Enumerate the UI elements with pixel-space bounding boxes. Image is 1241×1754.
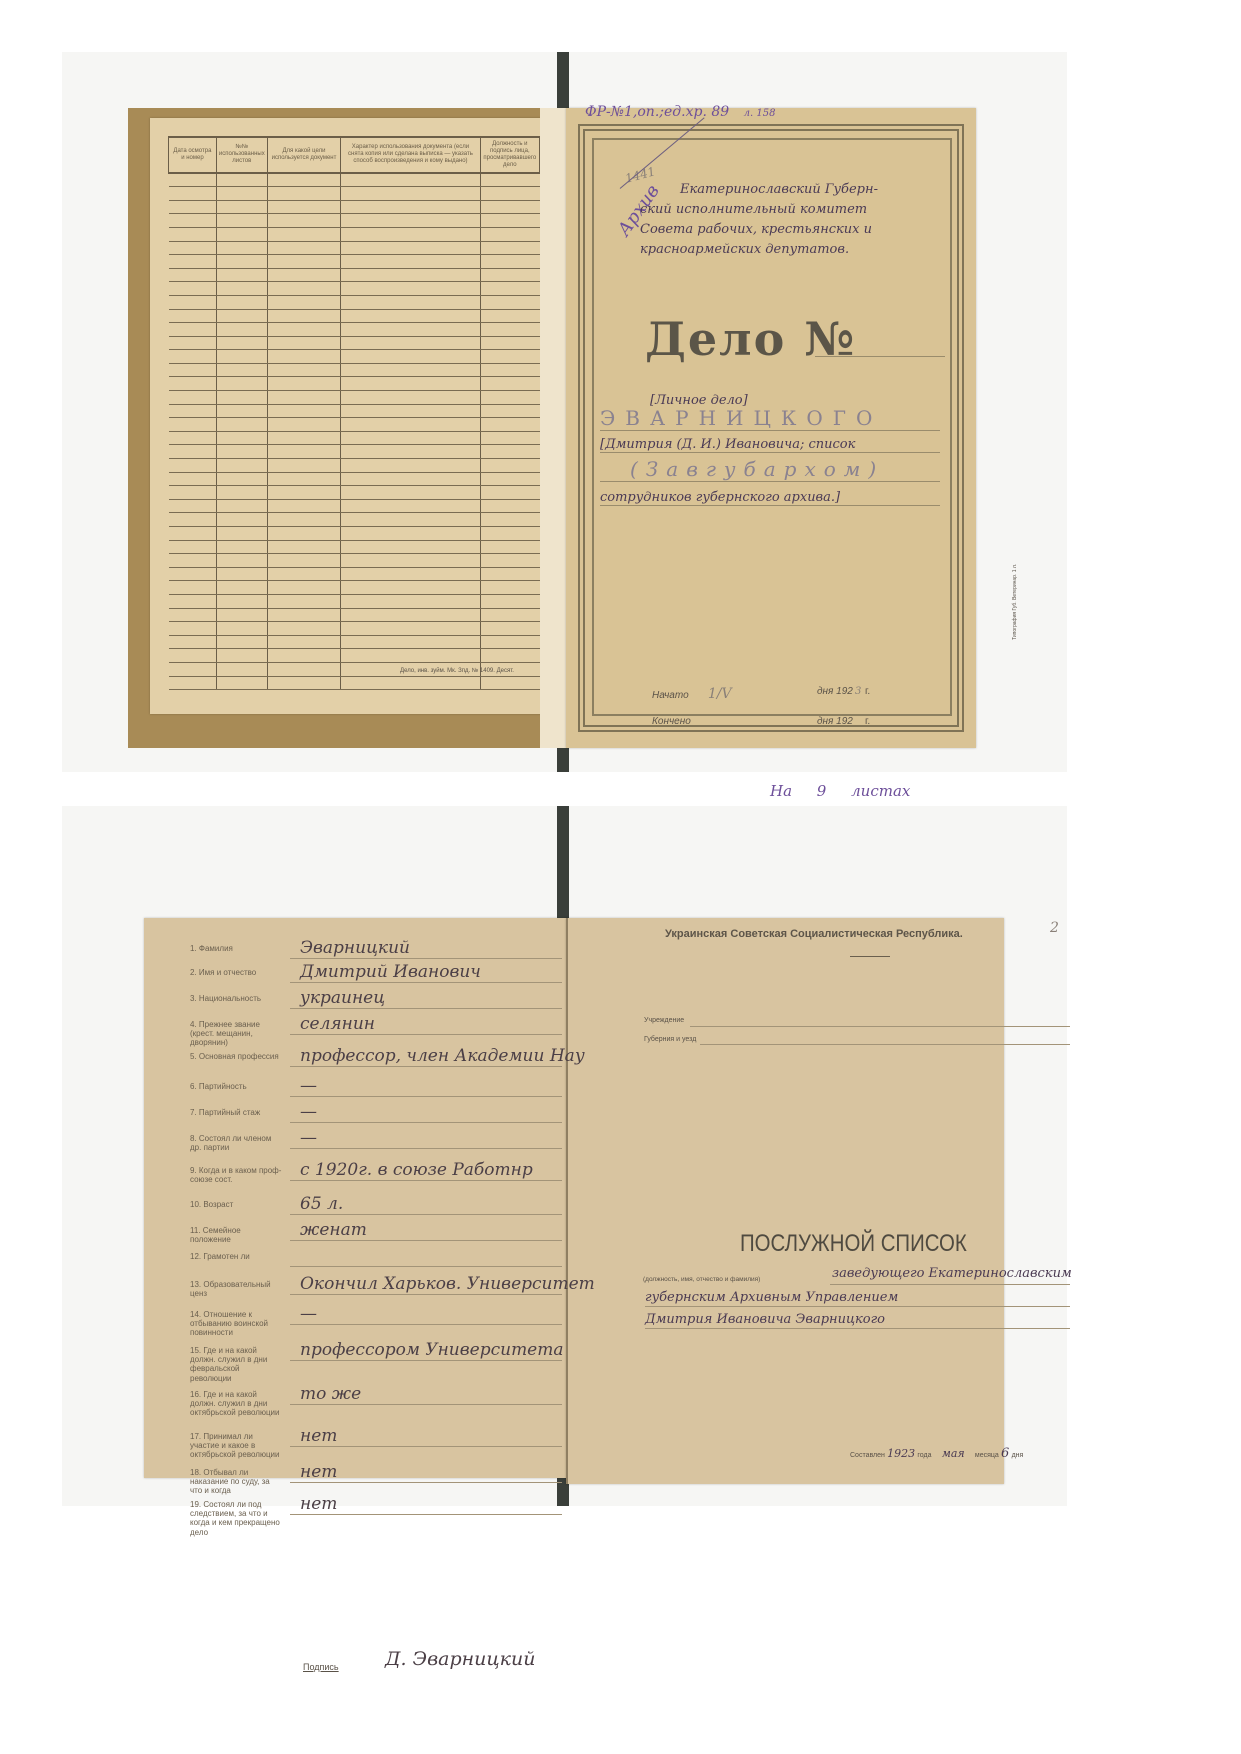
ledger-cell	[480, 567, 539, 581]
started-value: 1/V	[708, 686, 732, 702]
form-field-label: 18. Отбывал ли наказание по суду, за что…	[190, 1468, 282, 1496]
form-field-line	[290, 1240, 562, 1241]
form-field-value: нет	[300, 1494, 337, 1514]
ledger-cell	[341, 377, 480, 391]
ledger-cell	[267, 227, 341, 241]
ledger-cell	[267, 676, 341, 690]
form-field-line	[290, 1266, 562, 1267]
ledger-cell	[480, 282, 539, 296]
ledger-cell	[341, 581, 480, 595]
ledger-row	[169, 350, 540, 364]
ledger-row	[169, 282, 540, 296]
form-right-page	[566, 918, 1004, 1484]
form-field-label: 8. Состоял ли членом др. партии	[190, 1134, 282, 1152]
ledger-cell	[480, 418, 539, 432]
ledger-cell	[341, 594, 480, 608]
ledger-cell	[341, 255, 480, 269]
ledger-cell	[480, 459, 539, 473]
ledger-cell	[341, 295, 480, 309]
service-subtitle-line-2: губернским Архивным Управлением	[645, 1290, 898, 1305]
form-field-label: 6. Партийность	[190, 1082, 282, 1091]
ledger-cell	[169, 676, 217, 690]
ledger-cell	[480, 241, 539, 255]
ledger-cell	[267, 649, 341, 663]
case-underline-2	[600, 452, 940, 453]
ledger-cell	[267, 268, 341, 282]
ledger-cell	[169, 295, 217, 309]
ledger-cell	[216, 350, 267, 364]
ledger-cell	[341, 622, 480, 636]
ledger-row	[169, 594, 540, 608]
ledger-cell	[267, 350, 341, 364]
ledger-cell	[267, 445, 341, 459]
form-field-line	[290, 1324, 562, 1325]
form-field-label: 4. Прежнее звание (крест. мещанин, дворя…	[190, 1020, 282, 1048]
ledger-cell	[267, 282, 341, 296]
ledger-cell	[216, 227, 267, 241]
form-field-line	[290, 1122, 562, 1123]
ledger-cell	[267, 173, 341, 187]
ledger-row	[169, 173, 540, 187]
case-line-surname: ЭВАРНИЦКОГО	[600, 406, 960, 430]
archive-code: ФР-№1,оп.;ед.хр. 89 л. 158	[585, 104, 775, 120]
ledger-cell	[169, 268, 217, 282]
ledger-cell	[267, 662, 341, 676]
ledger-cell	[480, 391, 539, 405]
form-field-label: 15. Где и на какой должн. служил в дни ф…	[190, 1346, 282, 1383]
ledger-row	[169, 527, 540, 541]
form-field-value: профессор, член Академии Нау	[300, 1046, 585, 1066]
finished-suffix: дня 192	[817, 716, 853, 727]
ledger-cell	[480, 350, 539, 364]
started-year-digit: 3	[855, 686, 861, 697]
ledger-cell	[341, 309, 480, 323]
form-field-line	[290, 1180, 562, 1181]
ledger-cell	[267, 554, 341, 568]
form-field-label: 17. Принимал ли участие и какое в октябр…	[190, 1432, 282, 1460]
institution-field-line	[690, 1026, 1070, 1027]
form-field-line	[290, 1148, 562, 1149]
ledger-row	[169, 676, 540, 690]
case-title: Дело №	[645, 312, 856, 366]
ledger-cell	[216, 676, 267, 690]
ledger-row	[169, 499, 540, 513]
ledger-row	[169, 486, 540, 500]
province-field-line	[700, 1044, 1070, 1045]
ledger-body	[169, 173, 540, 690]
ledger-cell	[267, 527, 341, 541]
form-field-label: 3. Национальность	[190, 994, 282, 1003]
ledger-row	[169, 255, 540, 269]
ledger-cell	[267, 404, 341, 418]
ledger-cell	[169, 499, 217, 513]
ledger-cell	[169, 282, 217, 296]
ledger-cell	[267, 323, 341, 337]
ledger-cell	[480, 622, 539, 636]
ledger-cell	[480, 472, 539, 486]
form-field-label: 12. Грамотен ли	[190, 1252, 282, 1261]
ledger-cell	[216, 295, 267, 309]
ledger-cell	[341, 323, 480, 337]
started-label: Начато	[652, 690, 689, 701]
ledger-cell	[267, 635, 341, 649]
ledger-cell	[216, 391, 267, 405]
ledger-cell	[216, 200, 267, 214]
ledger-cell	[169, 486, 217, 500]
ledger-cell	[216, 336, 267, 350]
ledger-cell	[480, 377, 539, 391]
ledger-cell	[267, 486, 341, 500]
ledger-cell	[267, 622, 341, 636]
case-line-name: [Дмитрия (Д. И.) Ивановича; список	[600, 437, 960, 452]
ledger-cell	[341, 472, 480, 486]
ledger-cell	[169, 567, 217, 581]
ledger-cell	[216, 418, 267, 432]
signature-label: Подпись	[303, 1662, 339, 1672]
ledger-cell	[267, 594, 341, 608]
ledger-cell	[341, 363, 480, 377]
ledger-cell	[480, 635, 539, 649]
ledger-cell	[169, 241, 217, 255]
ledger-cell	[341, 527, 480, 541]
ledger-header-date: Дата осмотра и номер	[169, 137, 217, 173]
ledger-cell	[169, 527, 217, 541]
ledger-cell	[169, 214, 217, 228]
ledger-header-purpose: Для какой цели используется документ	[267, 137, 341, 173]
ledger-row	[169, 472, 540, 486]
ledger-cell	[169, 391, 217, 405]
ledger-cell	[480, 295, 539, 309]
ledger-cell	[216, 527, 267, 541]
ledger-cell	[267, 377, 341, 391]
ledger-cell	[341, 241, 480, 255]
form-field-value: —	[300, 1102, 317, 1122]
ledger-row	[169, 404, 540, 418]
ledger-cell	[341, 459, 480, 473]
ledger-row	[169, 540, 540, 554]
service-record-title: ПОСЛУЖНОЙ СПИСОК	[740, 1230, 967, 1258]
ledger-cell	[480, 323, 539, 337]
institution-line-4: красноармейских депутатов.	[640, 240, 960, 260]
form-field-value: Дмитрий Иванович	[300, 962, 481, 982]
ledger-row	[169, 581, 540, 595]
ledger-cell	[480, 649, 539, 663]
ledger-row	[169, 445, 540, 459]
form-field-label: 5. Основная профессия	[190, 1052, 282, 1061]
form-field-line	[290, 958, 562, 959]
ledger-row	[169, 336, 540, 350]
ledger-cell	[216, 554, 267, 568]
institution-line-1: Екатеринославский Губерн-	[640, 180, 960, 200]
ledger-row	[169, 418, 540, 432]
ledger-cell	[480, 227, 539, 241]
started-suffix: дня 192	[817, 686, 853, 697]
form-field-label: 14. Отношение к отбыванию воинской повин…	[190, 1310, 282, 1338]
form-field-label: 7. Партийный стаж	[190, 1108, 282, 1117]
paper-fold-strip	[540, 108, 568, 748]
ledger-cell	[169, 377, 217, 391]
form-field-value: с 1920г. в союзе Работнр	[300, 1160, 533, 1180]
ledger-cell	[341, 445, 480, 459]
ledger-row	[169, 268, 540, 282]
ledger-cell	[480, 554, 539, 568]
ledger-cell	[169, 554, 217, 568]
form-field-label: 2. Имя и отчество	[190, 968, 282, 977]
form-field-value: Окончил Харьков. Университет	[300, 1274, 595, 1294]
form-field-value: нет	[300, 1426, 337, 1446]
ledger-row	[169, 227, 540, 241]
form-field-value: украинец	[300, 988, 385, 1008]
province-field-label: Губерния и уезд	[644, 1036, 696, 1043]
ledger-cell	[480, 594, 539, 608]
case-number-line	[815, 356, 945, 357]
ledger-cell	[341, 268, 480, 282]
ledger-cell	[169, 227, 217, 241]
ledger-cell	[341, 513, 480, 527]
form-field-line	[290, 1066, 562, 1067]
ledger-cell	[267, 418, 341, 432]
form-field-label: 11. Семейное положение	[190, 1226, 282, 1244]
ledger-cell	[169, 662, 217, 676]
institution-line-3: Совета рабочих, крестьянских и	[640, 220, 960, 240]
ledger-cell	[169, 459, 217, 473]
ledger-row	[169, 459, 540, 473]
ledger-cell	[169, 581, 217, 595]
ledger-cell	[267, 214, 341, 228]
ledger-cell	[341, 608, 480, 622]
service-subtitle-line-3: Дмитрия Ивановича Эварницкого	[645, 1312, 885, 1327]
ledger-cell	[169, 336, 217, 350]
ledger-cell	[216, 445, 267, 459]
ledger-cell	[169, 622, 217, 636]
ledger-cell	[341, 187, 480, 201]
ledger-cell	[216, 431, 267, 445]
institution-block: Екатеринославский Губерн- ский исполните…	[640, 180, 960, 260]
sheet-count: На 9 листах	[770, 782, 910, 800]
ledger-cell	[169, 187, 217, 201]
ledger-cell	[480, 363, 539, 377]
ledger-row	[169, 377, 540, 391]
signature-value: Д. Эварницкий	[385, 1648, 535, 1670]
subtitle-line-rule-1	[830, 1284, 1070, 1285]
ledger-cell	[480, 214, 539, 228]
ledger-cell	[216, 581, 267, 595]
page-number: 2	[1050, 920, 1059, 936]
ledger-cell	[169, 173, 217, 187]
ledger-cell	[169, 513, 217, 527]
ledger-row	[169, 363, 540, 377]
ledger-cell	[169, 363, 217, 377]
ledger-cell	[480, 513, 539, 527]
ledger-cell	[216, 363, 267, 377]
ledger-cell	[480, 255, 539, 269]
ledger-cell	[216, 255, 267, 269]
ledger-cell	[480, 268, 539, 282]
ledger-cell	[267, 459, 341, 473]
service-subtitle-label: (должность, имя, отчество и фамилия)	[643, 1276, 760, 1283]
form-field-label: 10. Возраст	[190, 1200, 282, 1209]
ledger-cell	[267, 295, 341, 309]
ledger-cell	[341, 540, 480, 554]
ledger-row	[169, 295, 540, 309]
form-field-line	[290, 1008, 562, 1009]
ledger-cell	[267, 309, 341, 323]
ledger-cell	[267, 431, 341, 445]
ledger-cell	[341, 649, 480, 663]
ledger-cell	[341, 227, 480, 241]
ledger-cell	[216, 377, 267, 391]
form-field-line	[290, 1214, 562, 1215]
ledger-cell	[341, 200, 480, 214]
ledger-cell	[169, 608, 217, 622]
ledger-cell	[169, 309, 217, 323]
form-field-line	[290, 1360, 562, 1361]
form-field-label: 19. Состоял ли под следствием, за что и …	[190, 1500, 282, 1537]
ledger-row	[169, 187, 540, 201]
ledger-cell	[267, 567, 341, 581]
ledger-cell	[480, 336, 539, 350]
ledger-row	[169, 309, 540, 323]
ledger-row	[169, 635, 540, 649]
ledger-cell	[480, 404, 539, 418]
ledger-cell	[480, 445, 539, 459]
ledger-cell	[341, 350, 480, 364]
ledger-cell	[216, 173, 267, 187]
form-field-value: —	[300, 1128, 317, 1148]
form-field-label: 9. Когда и в каком проф-союзе сост.	[190, 1166, 282, 1184]
form-field-value: женат	[300, 1220, 367, 1240]
form-field-line	[290, 1404, 562, 1405]
ledger-cell	[341, 336, 480, 350]
form-field-line	[290, 1096, 562, 1097]
case-line-staff: сотрудников губернского архива.]	[600, 490, 960, 505]
form-field-line	[290, 1446, 562, 1447]
ledger-cell	[341, 676, 480, 690]
ledger-cell	[216, 662, 267, 676]
form-field-line	[290, 1482, 562, 1483]
ledger-cell	[267, 391, 341, 405]
ledger-cell	[169, 594, 217, 608]
ledger-cell	[480, 187, 539, 201]
form-field-value: —	[300, 1304, 317, 1324]
ledger-cell	[267, 513, 341, 527]
case-line-position: (Завгубархом)	[600, 457, 960, 481]
case-underline-3	[600, 481, 940, 482]
republic-header: Украинская Советская Социалистическая Ре…	[665, 928, 963, 940]
ledger-cell	[216, 540, 267, 554]
compiled-year: 1923	[887, 1447, 915, 1460]
ledger-cell	[480, 608, 539, 622]
ledger-row	[169, 608, 540, 622]
ledger-cell	[169, 445, 217, 459]
subtitle-line-rule-2	[645, 1306, 1070, 1307]
ledger-row	[169, 431, 540, 445]
ledger-cell	[341, 418, 480, 432]
ledger-cell	[480, 527, 539, 541]
ledger-cell	[341, 486, 480, 500]
form-field-value: селянин	[300, 1014, 375, 1034]
ledger-cell	[341, 214, 480, 228]
ledger-row	[169, 622, 540, 636]
form-field-label: 1. Фамилия	[190, 944, 282, 953]
ledger-cell	[216, 499, 267, 513]
compiled-day: 6	[1001, 1446, 1009, 1461]
case-underline-1	[600, 430, 940, 431]
ledger-cell	[267, 581, 341, 595]
ledger-cell	[341, 635, 480, 649]
ledger-row	[169, 241, 540, 255]
ledger-cell	[169, 472, 217, 486]
ledger-cell	[341, 554, 480, 568]
form-field-label: 16. Где и на какой должн. служил в дни о…	[190, 1390, 282, 1418]
republic-underline	[850, 956, 890, 957]
started-row: Начато 1/V дня 192 3 г.	[652, 686, 952, 702]
ledger-header-signature: Должность и подпись лица, просматривавше…	[480, 137, 539, 173]
ledger-row	[169, 554, 540, 568]
ledger-cell	[480, 499, 539, 513]
ledger-cell	[169, 350, 217, 364]
usage-ledger-table: Дата осмотра и номер №№ использованных л…	[168, 136, 540, 690]
ledger-cell	[216, 268, 267, 282]
ledger-cell	[169, 323, 217, 337]
ledger-cell	[267, 608, 341, 622]
ledger-row	[169, 214, 540, 228]
ledger-cell	[341, 282, 480, 296]
ledger-cell	[216, 404, 267, 418]
ledger-cell	[341, 173, 480, 187]
ledger-header-sheets: №№ использованных листов	[216, 137, 267, 173]
ledger-cell	[341, 567, 480, 581]
ledger-cell	[480, 200, 539, 214]
ledger-cell	[216, 567, 267, 581]
ledger-row	[169, 567, 540, 581]
ledger-cell	[169, 431, 217, 445]
ledger-cell	[216, 187, 267, 201]
compiled-row: Составлен 1923 года мая месяца 6 дня	[850, 1446, 1023, 1461]
ledger-cell	[216, 282, 267, 296]
ledger-cell	[341, 391, 480, 405]
ledger-cell	[169, 540, 217, 554]
ledger-row	[169, 200, 540, 214]
ledger-cell	[216, 459, 267, 473]
compiled-month: мая	[942, 1447, 965, 1460]
ledger-cell	[216, 309, 267, 323]
ledger-cell	[480, 309, 539, 323]
ledger-cell	[216, 635, 267, 649]
ledger-cell	[480, 540, 539, 554]
ledger-cell	[169, 200, 217, 214]
ledger-cell	[169, 649, 217, 663]
ledger-cell	[267, 363, 341, 377]
ledger-cell	[480, 431, 539, 445]
ledger-cell	[267, 472, 341, 486]
form-field-line	[290, 1034, 562, 1035]
form-field-line	[290, 1294, 562, 1295]
finished-label: Кончено	[652, 716, 691, 727]
case-description: [Личное дело] ЭВАРНИЦКОГО [Дмитрия (Д. И…	[600, 393, 960, 506]
ledger-cell	[216, 241, 267, 255]
ledger-row	[169, 391, 540, 405]
ledger-row	[169, 323, 540, 337]
ledger-cell	[216, 594, 267, 608]
ledger-cell	[169, 255, 217, 269]
ledger-cell	[341, 431, 480, 445]
ledger-cell	[169, 418, 217, 432]
ledger-cell	[216, 472, 267, 486]
ledger-cell	[267, 241, 341, 255]
form-field-value: то же	[300, 1384, 361, 1404]
form-field-value: профессором Университета	[300, 1340, 564, 1360]
